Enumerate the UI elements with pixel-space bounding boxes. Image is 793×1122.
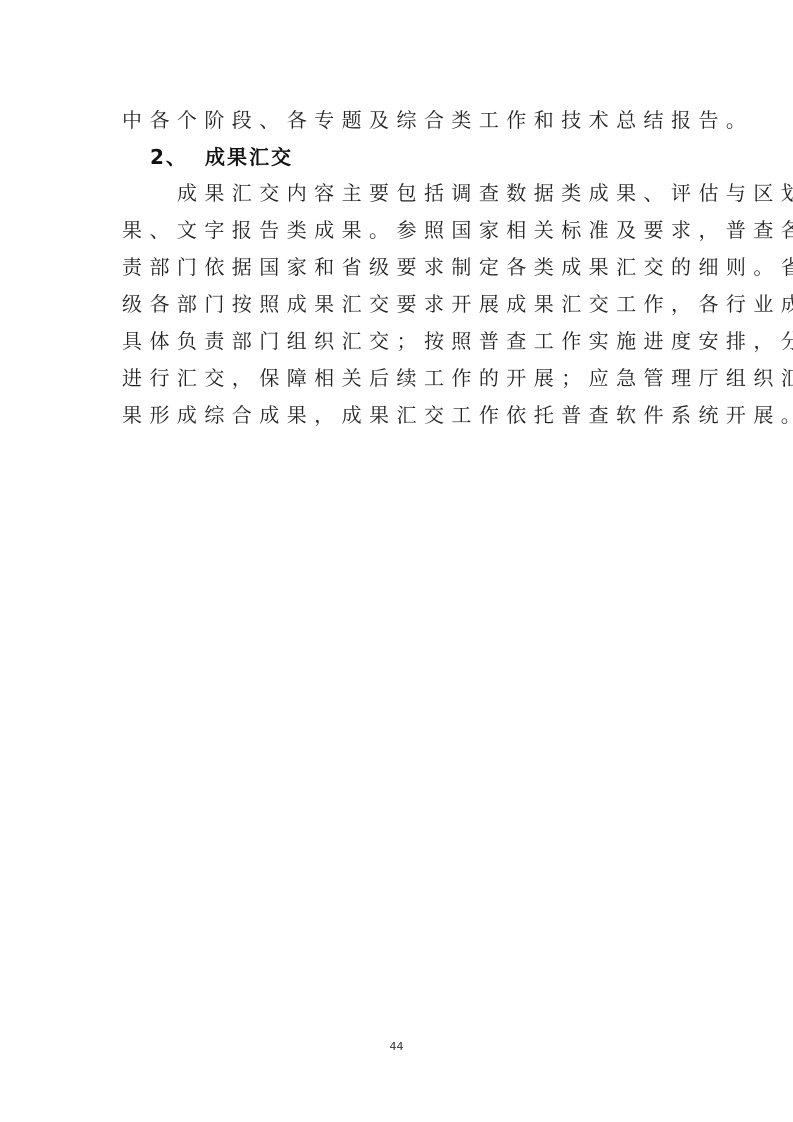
page-number: 44 — [0, 1040, 793, 1053]
section-title: 成果汇交 — [205, 145, 293, 169]
paragraph-line: 具体负责部门组织汇交；按照普查工作实施进度安排，分类型分阶段 — [122, 329, 682, 353]
continuation-text-line: 中各个阶段、各专题及综合类工作和技术总结报告。 — [122, 108, 682, 132]
paragraph-line: 进行汇交，保障相关后续工作的开展；应急管理厅组织汇交各行业成 — [122, 366, 682, 390]
paragraph-line: 成果汇交内容主要包括调查数据类成果、评估与区划图件类成 — [122, 181, 682, 205]
paragraph-line: 级各部门按照成果汇交要求开展成果汇交工作，各行业成果的汇交由 — [122, 292, 682, 316]
paragraph-line: 果、文字报告类成果。参照国家相关标准及要求，普查各项任务的负 — [122, 218, 682, 242]
section-heading: 2、成果汇交 — [150, 145, 293, 169]
paragraph-line: 责部门依据国家和省级要求制定各类成果汇交的细则。省级和地方各 — [122, 255, 682, 279]
section-number: 2、 — [150, 145, 205, 169]
document-page: 中各个阶段、各专题及综合类工作和技术总结报告。 2、成果汇交 成果汇交内容主要包… — [0, 0, 793, 1122]
paragraph-line: 果形成综合成果，成果汇交工作依托普查软件系统开展。 — [122, 403, 682, 427]
